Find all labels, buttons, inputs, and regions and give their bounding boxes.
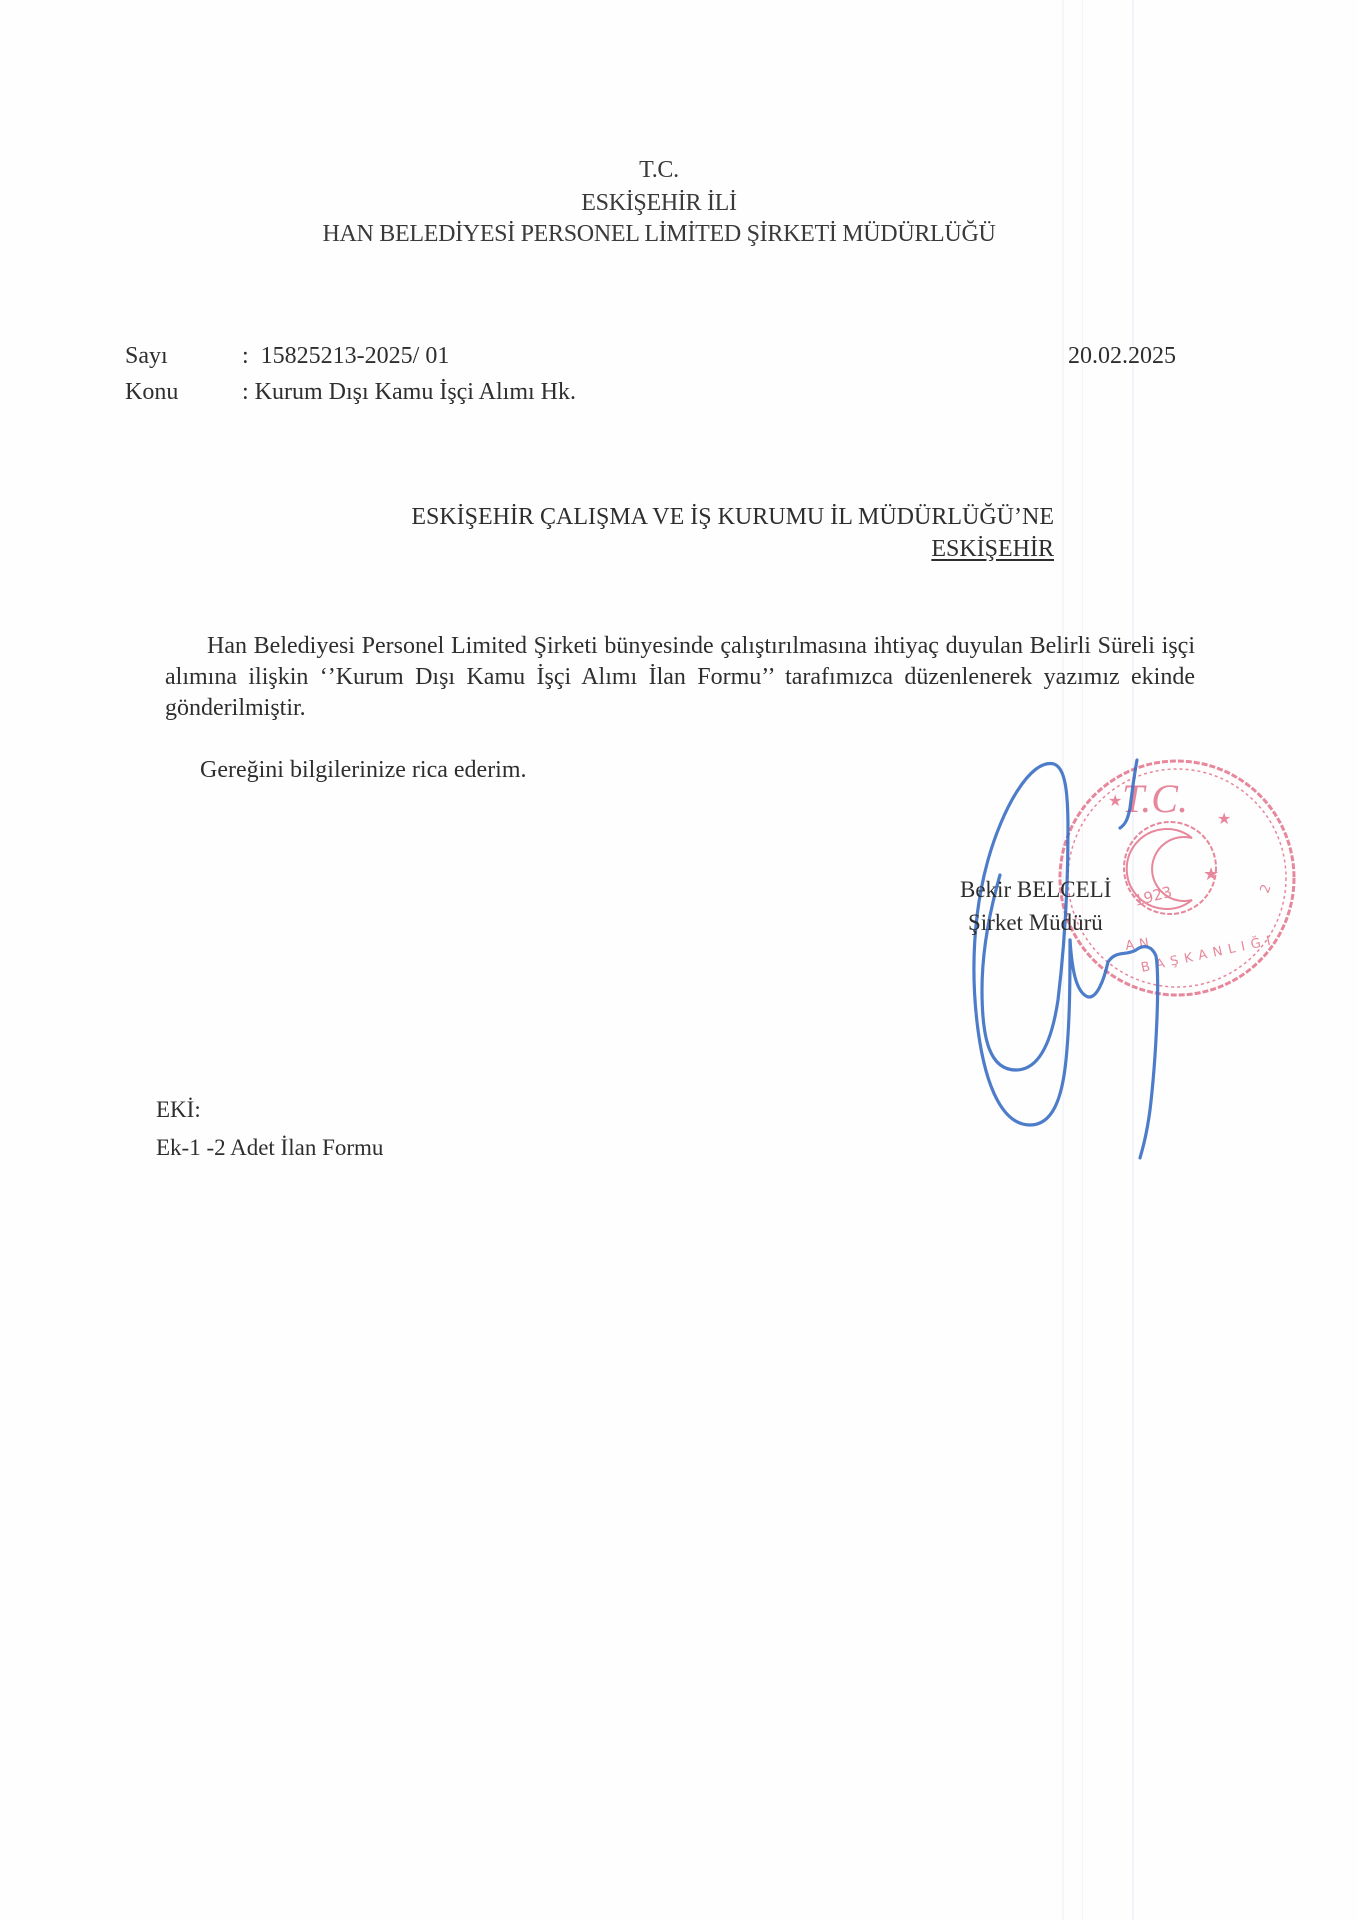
svg-text:★: ★ <box>1108 791 1122 810</box>
subject-label: Konu <box>125 380 178 404</box>
signature-block: T.C. ★ ★ ★ 1923 AN BAŞKANLIĞI 2 <box>930 740 1330 1180</box>
signer-name: Bekir BELCELİ <box>960 878 1111 902</box>
svg-text:★: ★ <box>1203 864 1219 885</box>
document-page: T.C. ESKİŞEHİR İLİ HAN BELEDİYESİ PERSON… <box>0 0 1358 1920</box>
recipient-city: ESKİŞEHİR <box>931 537 1054 561</box>
letterhead-state: T.C. <box>0 158 1318 182</box>
svg-text:BAŞKANLIĞI: BAŞKANLIĞI <box>1140 932 1278 976</box>
closing-line: Gereğini bilgilerinize rica ederim. <box>200 758 527 782</box>
attachments-heading: EKİ: <box>156 1098 201 1122</box>
recipient-institution: ESKİŞEHİR ÇALIŞMA VE İŞ KURUMU İL MÜDÜRL… <box>411 505 1054 529</box>
letterhead-province: ESKİŞEHİR İLİ <box>0 191 1318 215</box>
signer-title: Şirket Müdürü <box>968 911 1103 935</box>
svg-text:2: 2 <box>1258 882 1275 895</box>
subject-value: : Kurum Dışı Kamu İşçi Alımı Hk. <box>242 380 576 404</box>
body-paragraph: Han Belediyesi Personel Limited Şirketi … <box>165 631 1195 724</box>
stamp-and-signature-graphic: T.C. ★ ★ ★ 1923 AN BAŞKANLIĞI 2 <box>930 740 1330 1180</box>
letterhead-organization: HAN BELEDİYESİ PERSONEL LİMİTED ŞİRKETİ … <box>0 222 1318 246</box>
reference-number-label: Sayı <box>125 344 168 368</box>
reference-number-value: : 15825213-2025/ 01 <box>242 344 449 368</box>
attachment-item: Ek-1 -2 Adet İlan Formu <box>156 1136 383 1160</box>
document-date: 20.02.2025 <box>1068 344 1176 368</box>
svg-text:★: ★ <box>1217 809 1231 828</box>
